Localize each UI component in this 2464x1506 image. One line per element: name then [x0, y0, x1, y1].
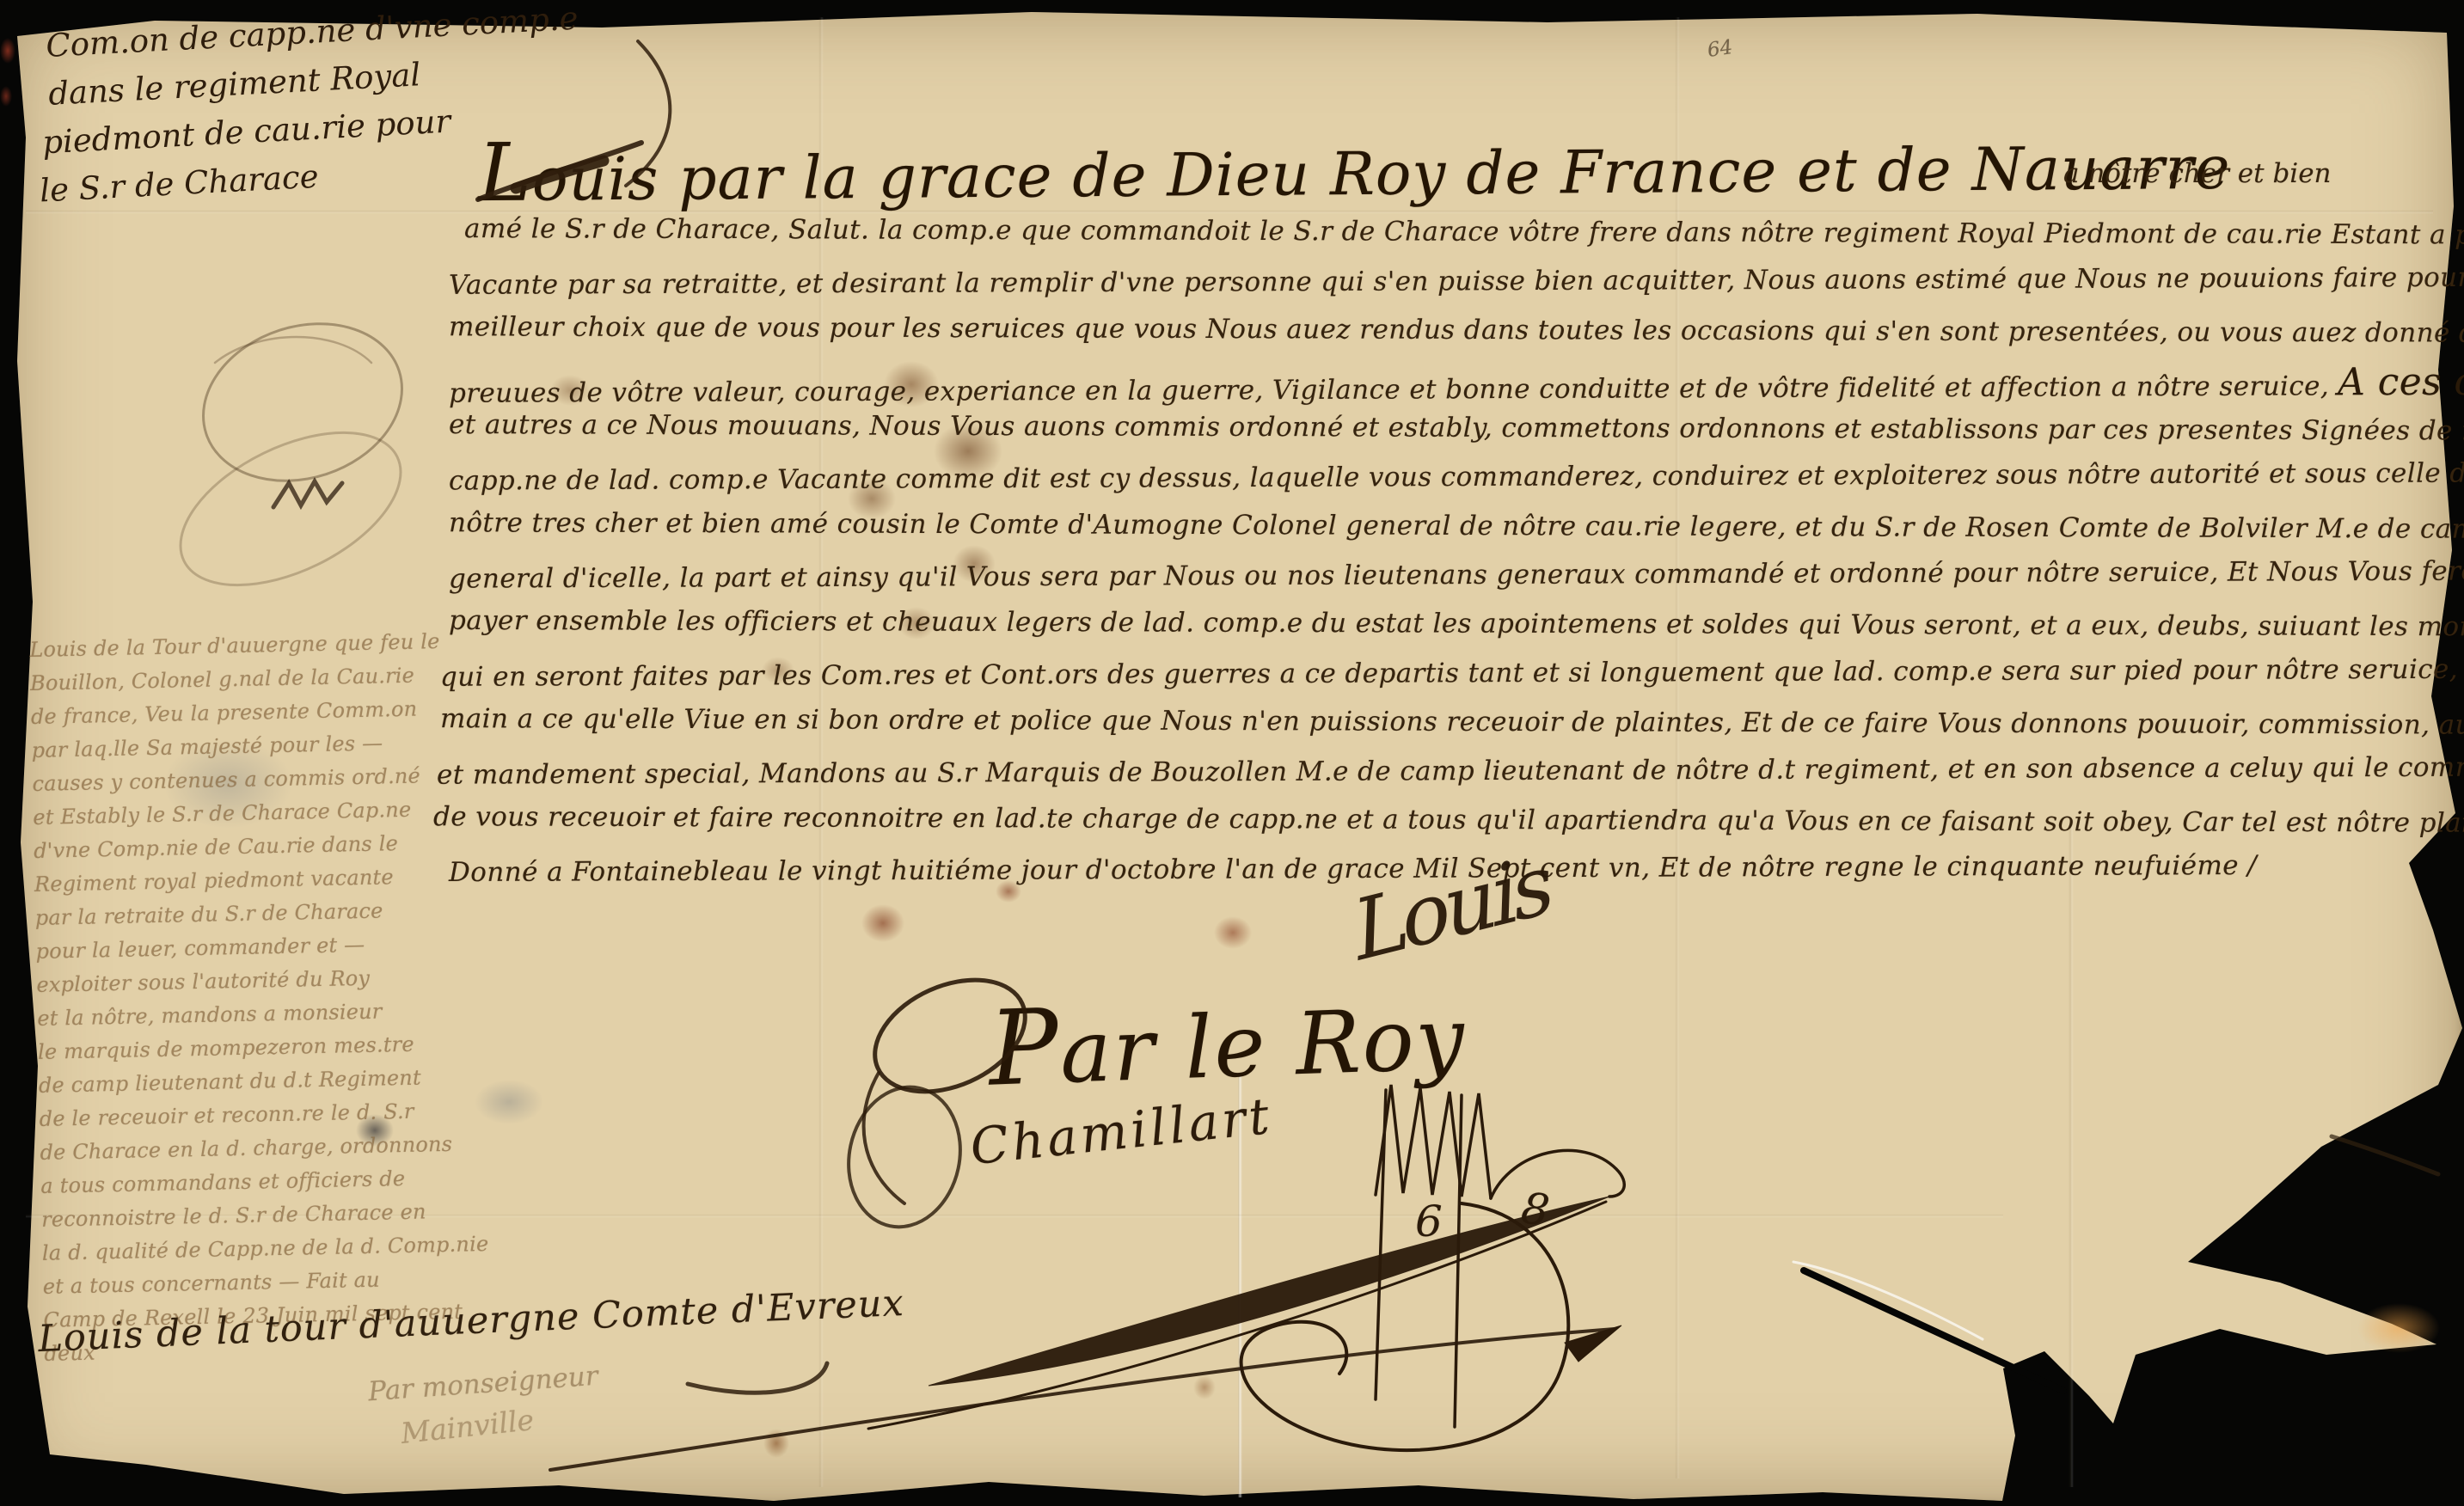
margin-line: de camp lieutenant du d.t Regiment — [39, 1064, 469, 1097]
red-edge-mark — [0, 38, 15, 64]
margin-line: Regiment royal piedmont vacante — [34, 863, 464, 896]
body-line: de vous receuoir et faire reconnoitre en… — [433, 801, 2464, 839]
body-line: meilleur choix que de vous pour les seru… — [449, 311, 2464, 349]
margin-line: par la retraite du S.r de Charace — [35, 897, 465, 929]
margin-registration-block: Louis de la Tour d'auuergne que feu le B… — [29, 629, 475, 1366]
right-edge-pen-mark — [2332, 1136, 2438, 1174]
margin-line: la d. qualité de Capp.ne de la d. Comp.n… — [42, 1232, 472, 1264]
margin-line: et Estably le S.r de Charace Cap.ne — [33, 796, 463, 829]
margin-line: a tous commandans et officiers de — [40, 1165, 470, 1197]
margin-line: et a tous concernants — Fait au — [43, 1265, 473, 1298]
margin-line: par laq.lle Sa majesté pour les — — [31, 730, 461, 762]
folio-number: 64 — [1706, 36, 1734, 62]
royal-intitulation-suffix: a nôtre cher et bien — [2063, 158, 2332, 189]
margin-line: pour la leuer, commander et — — [35, 930, 465, 963]
body-line-text: preuues de vôtre valeur, courage, experi… — [449, 370, 2329, 408]
paraph-digit-6: 6 — [1415, 1197, 1443, 1246]
margin-line: exploiter sous l'autorité du Roy — [36, 964, 466, 996]
margin-line: le marquis de mompezeron mes.tre — [38, 1031, 468, 1063]
document-scan: Com.on de capp.ne d'vne comp.e dans le r… — [0, 0, 2464, 1506]
margin-line: et la nôtre, mandons a monsieur — [37, 997, 467, 1030]
margin-line: de le receuoir et reconn.re le d. S.r — [39, 1098, 469, 1130]
a-ces-causes-emphasis: A ces causes — [2338, 359, 2464, 404]
margin-line: de Charace en la d. charge, ordonnons — [40, 1131, 469, 1164]
body-line: nôtre tres cher et bien amé cousin le Co… — [449, 507, 2464, 544]
royal-intitulation: Louis par la grace de Dieu Roy de France… — [478, 114, 2231, 219]
margin-line: Bouillon, Colonel g.nal de la Cau.rie — [30, 663, 460, 695]
margin-line: causes y contenues a commis ord.né — [32, 762, 462, 795]
red-edge-mark — [0, 86, 12, 107]
margin-line: d'vne Comp.nie de Cau.rie dans le — [34, 830, 463, 862]
par-le-roy-formula: Par le Roy — [987, 973, 1468, 1109]
margin-line: de france, Veu la presente Comm.on — [31, 696, 461, 729]
body-line: preuues de vôtre valeur, courage, experi… — [449, 359, 2464, 412]
margin-line: reconnoistre le d. S.r de Charace en — [41, 1198, 471, 1231]
